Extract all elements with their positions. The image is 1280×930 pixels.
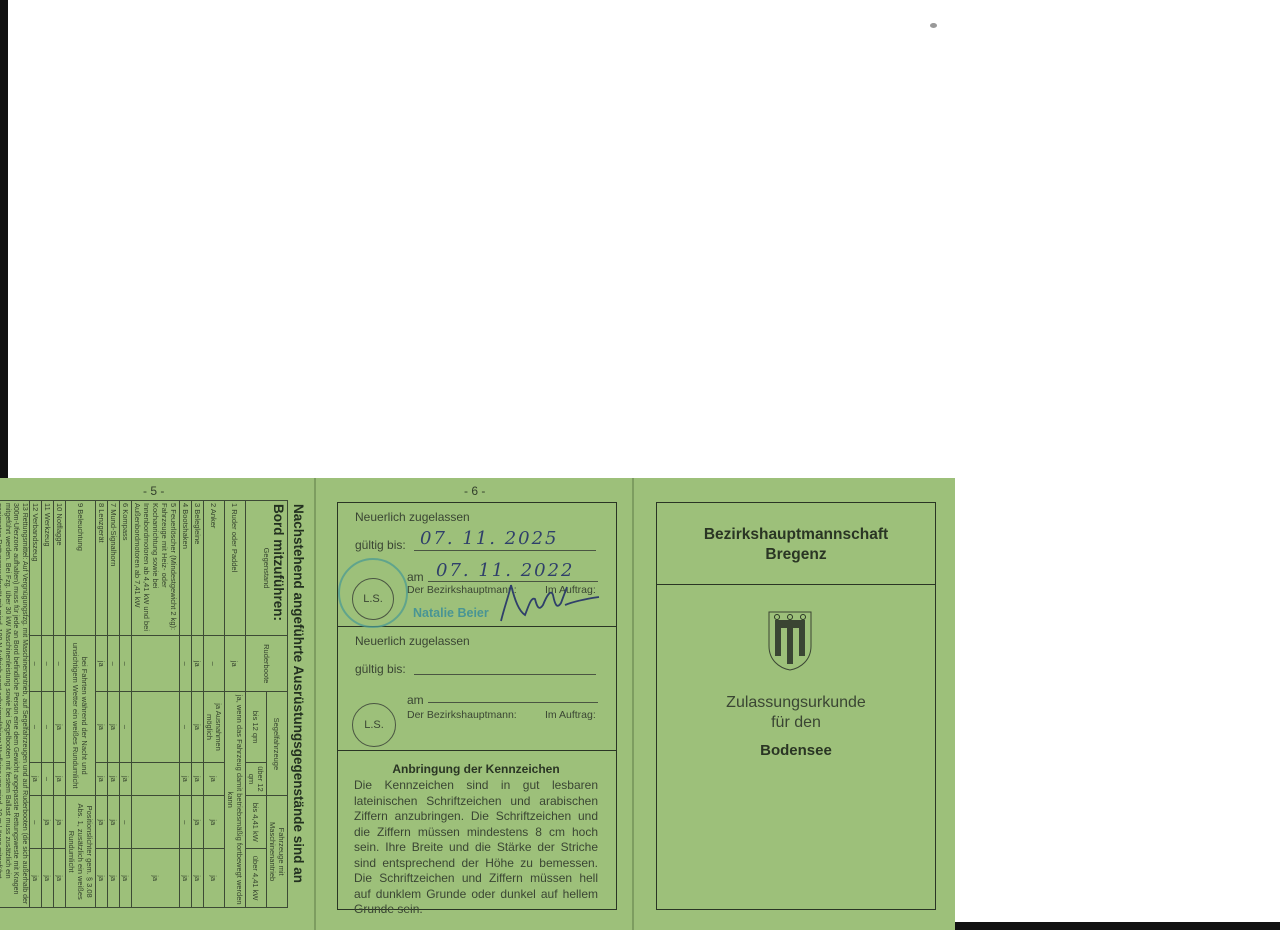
- cell-item: 8 Lenzgerät: [96, 501, 108, 636]
- cell-item: 11 Werkzeug: [42, 501, 54, 636]
- table-row: 7 Mund-Signalhorn–jajajaja: [108, 501, 120, 908]
- entry1-heading: Neuerlich zugelassen: [355, 510, 470, 524]
- equipment-title: Nachstehend angeführte Ausrüstungsgegens…: [288, 500, 308, 910]
- markings-title: Anbringung der Kennzeichen: [337, 762, 615, 776]
- cell-motor_over: ja: [54, 849, 66, 908]
- col-motor: Fahrzeuge mit Maschinenantrieb: [267, 796, 288, 908]
- signer-name-stamp: Natalie Beier: [413, 606, 489, 620]
- entry1-valid-value: 07. 11. 2025: [420, 528, 559, 549]
- cell-item: 9 Beleuchtung: [66, 501, 96, 636]
- cell-sail_over: ja: [54, 762, 66, 796]
- cell-motor_upto: –: [30, 796, 42, 849]
- scan-edge-bottom: [952, 922, 1280, 930]
- entry2-seal: L.S.: [352, 703, 396, 747]
- entry1-date-label: am: [407, 570, 424, 584]
- cell-rowing: ja: [225, 636, 246, 692]
- title-line-3: Bodensee: [657, 742, 935, 759]
- page-number-5: - 5 -: [143, 484, 164, 498]
- title-line-1: Zulassungsurkunde: [657, 694, 935, 712]
- cover-divider: [656, 584, 936, 585]
- cell-sail_upto: –: [30, 692, 42, 762]
- cell-motor_upto: –: [120, 796, 132, 849]
- life-saving-note: 13 Rettungsmittel: Auf Vergnügungsfzg. m…: [0, 501, 30, 908]
- entry2-valid-line: [414, 674, 596, 675]
- cell-motor_upto: –: [180, 796, 192, 849]
- table-row: 9 Beleuchtungbei Fahrten während der Nac…: [66, 501, 96, 908]
- cell-sail_upto: ja: [54, 692, 66, 762]
- cell-rowing: –: [30, 636, 42, 692]
- cell-sail_over: ja: [108, 762, 120, 796]
- authority-line-1: Bezirkshauptmannschaft: [657, 526, 935, 544]
- cell-motor_upto: ja: [42, 796, 54, 849]
- cell-motor_over: ja: [192, 849, 204, 908]
- cell-motor_over: ja: [204, 849, 225, 908]
- cell-rowing: ja: [96, 636, 108, 692]
- cell-sail_upto: –: [180, 692, 192, 762]
- cell-motor_upto: ja: [108, 796, 120, 849]
- table-row: 8 Lenzgerätjajajajaja: [96, 501, 108, 908]
- cell-rowing: ja: [192, 636, 204, 692]
- table-row: 4 Bootshaken––ja–ja: [180, 501, 192, 908]
- cell-motor_upto: ja: [54, 796, 66, 849]
- cell-rowing: –: [42, 636, 54, 692]
- authority-line-2: Bregenz: [657, 546, 935, 564]
- entry1-valid-label: gültig bis:: [355, 538, 406, 552]
- page-5: Nachstehend angeführte Ausrüstungsgegens…: [12, 500, 308, 910]
- equipment-table: Gegenstand Ruderboote Segelfahrzeuge Fah…: [0, 500, 288, 908]
- col-sailing: Segelfahrzeuge: [267, 692, 288, 796]
- col-sail-over: über 12 qm: [246, 762, 267, 796]
- cell-sail_over: ja: [204, 762, 225, 796]
- cell-span_b: Positionslichter gem. § 3.08 Abs. 1, zus…: [66, 796, 96, 908]
- table-row: 5 Feuerlöscher (Mindestgewicht 2 kg): Fa…: [132, 501, 180, 908]
- cell-sail_upto: –: [120, 692, 132, 762]
- cell-sail_over: ja: [96, 762, 108, 796]
- table-row: 2 Anker–ja Ausnahmen möglichjajaja: [204, 501, 225, 908]
- table-row: 11 Werkzeug–––jaja: [42, 501, 54, 908]
- cell-rowing: –: [204, 636, 225, 692]
- fold-line: [314, 478, 316, 930]
- cell-rowing: [132, 636, 180, 692]
- table-row: 10 Notflagge–jajajaja: [54, 501, 66, 908]
- entry2-valid-label: gültig bis:: [355, 662, 406, 676]
- cell-item: 5 Feuerlöscher (Mindestgewicht 2 kg): Fa…: [132, 501, 180, 636]
- entry2-heading: Neuerlich zugelassen: [355, 634, 470, 648]
- col-sail-upto: bis 12 qm: [246, 692, 267, 762]
- markings-body: Die Kennzeichen sind in gut lesbaren lat…: [354, 778, 598, 918]
- cell-item: 2 Anker: [204, 501, 225, 636]
- fold-line: [632, 478, 634, 930]
- cell-motor_upto: ja: [96, 796, 108, 849]
- cell-rowing: –: [180, 636, 192, 692]
- col-motor-over: über 4,41 kW: [246, 849, 267, 908]
- cell-item: 1 Ruder oder Paddel: [225, 501, 246, 636]
- coat-of-arms-icon: [767, 610, 813, 672]
- cell-rowing: –: [108, 636, 120, 692]
- signature-icon: [495, 575, 605, 625]
- cell-item: 7 Mund-Signalhorn: [108, 501, 120, 636]
- entry1-seal: L.S.: [352, 578, 394, 620]
- cell-motor_over: ja: [42, 849, 54, 908]
- cell-sail_over: ja: [192, 762, 204, 796]
- entry2-date-label: am: [407, 693, 424, 707]
- cell-sail_upto: ja Ausnahmen möglich: [204, 692, 225, 762]
- entry1-valid-line: [414, 550, 596, 551]
- cell-motor_over: ja: [30, 849, 42, 908]
- cell-sail_upto: [132, 692, 180, 762]
- cell-motor_upto: ja: [192, 796, 204, 849]
- cell-sail_upto: –: [42, 692, 54, 762]
- cell-rowing: –: [120, 636, 132, 692]
- title-line-2: für den: [657, 714, 935, 732]
- cell-motor_over: ja: [108, 849, 120, 908]
- cell-motor_over: ja: [120, 849, 132, 908]
- col-rowing: Ruderboote: [246, 636, 288, 692]
- cell-motor_upto: [132, 796, 180, 849]
- cell-item: 12 Verbandszeug: [30, 501, 42, 636]
- cell-sail_over: ja: [180, 762, 192, 796]
- col-motor-upto: bis 4,41 kW: [246, 796, 267, 849]
- cell-span_a: bei Fahrten während der Nacht und unsich…: [66, 636, 96, 796]
- cell-sail_over: –: [42, 762, 54, 796]
- cell-sail_over: [132, 762, 180, 796]
- cell-motor_over: ja: [180, 849, 192, 908]
- cell-motor_over: ja: [96, 849, 108, 908]
- cell-item: 10 Notflagge: [54, 501, 66, 636]
- cell-motor_upto: ja: [204, 796, 225, 849]
- cell-rowing: –: [54, 636, 66, 692]
- cell-sail_upto: ja: [96, 692, 108, 762]
- cell-item: 6 Kompass: [120, 501, 132, 636]
- cell-item: 4 Bootshaken: [180, 501, 192, 636]
- entry2-order-label: Im Auftrag:: [545, 709, 596, 721]
- cell-item: 3 Belegleine: [192, 501, 204, 636]
- table-row: 6 Kompass––ja–ja: [120, 501, 132, 908]
- table-row: 1 Ruder oder Paddeljaja, wenn das Fahrze…: [225, 501, 246, 908]
- scan-edge-left: [0, 0, 8, 478]
- entry2-authority-label: Der Bezirkshauptmann:: [407, 709, 517, 721]
- table-row: 12 Verbandszeug––ja–ja: [30, 501, 42, 908]
- cell-span: ja, wenn das Fahrzeug damit betriebsmäßi…: [225, 692, 246, 908]
- scan-speck: [930, 23, 937, 28]
- cell-motor_over: ja: [132, 849, 180, 908]
- page-number-6: - 6 -: [464, 484, 485, 498]
- cell-sail_over: ja: [30, 762, 42, 796]
- entry2-date-line: [428, 702, 598, 703]
- divider: [337, 750, 617, 751]
- cell-sail_over: ja: [120, 762, 132, 796]
- cell-sail_upto: ja: [192, 692, 204, 762]
- cell-sail_upto: ja: [108, 692, 120, 762]
- table-row: 3 Belegleinejajajajaja: [192, 501, 204, 908]
